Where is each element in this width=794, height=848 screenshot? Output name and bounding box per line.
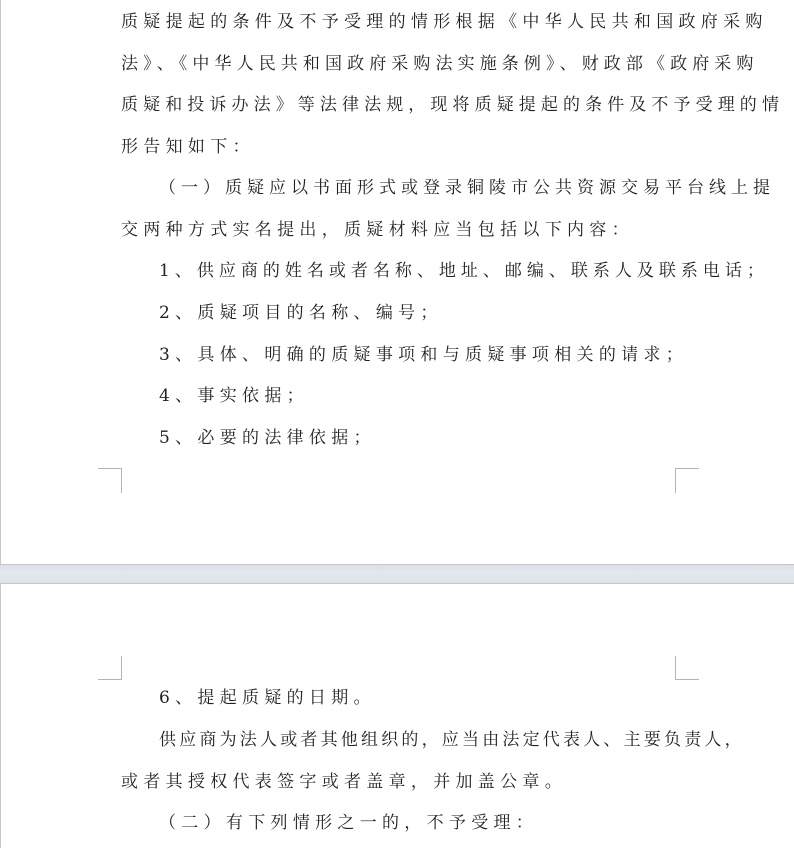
document-page-1[interactable]: 质疑提起的条件及不予受理的情形根据《中华人民共和国政府采购 法》、《中华人民共和…: [0, 0, 794, 565]
paragraph-line: 质疑和投诉办法》等法律法规，现将质疑提起的条件及不予受理的情: [121, 95, 784, 115]
paragraph-line: 交两种方式实名提出，质疑材料应当包括以下内容：: [121, 220, 634, 240]
paragraph-line: 质疑提起的条件及不予受理的情形根据《中华人民共和国政府采购: [121, 12, 768, 32]
paragraph-line: 或者其授权代表签字或者盖章，并加盖公章。: [121, 772, 567, 792]
document-page-2[interactable]: 6、提起质疑的日期。 供应商为法人或者其他组织的，应当由法定代表人、主要负责人，…: [0, 583, 794, 848]
list-item: 6、提起质疑的日期。: [159, 688, 376, 708]
margin-corner-mark: [98, 656, 122, 680]
margin-corner-mark: [675, 468, 699, 493]
margin-corner-mark: [675, 656, 699, 680]
list-item: 4、事实依据；: [159, 386, 309, 406]
paragraph-line: （一）质疑应以书面形式或登录铜陵市公共资源交易平台线上提: [159, 178, 775, 198]
paragraph-line: （二）有下列情形之一的，不予受理：: [159, 813, 538, 833]
list-item: 3、具体、明确的质疑事项和与质疑事项相关的请求；: [159, 345, 688, 365]
list-item: 5、必要的法律依据；: [159, 428, 376, 448]
paragraph-line: 形告知如下：: [121, 137, 255, 157]
list-item: 2、质疑项目的名称、编号；: [159, 303, 443, 323]
paragraph-line: 供应商为法人或者其他组织的，应当由法定代表人、主要负责人，: [159, 730, 745, 750]
margin-corner-mark: [98, 468, 122, 493]
page-separator: [0, 565, 794, 583]
list-item: 1、供应商的姓名或者名称、地址、邮编、联系人及联系电话；: [159, 261, 769, 281]
paragraph-line: 法》、《中华人民共和国政府采购法实施条例》、财政部《政府采购: [121, 54, 759, 74]
